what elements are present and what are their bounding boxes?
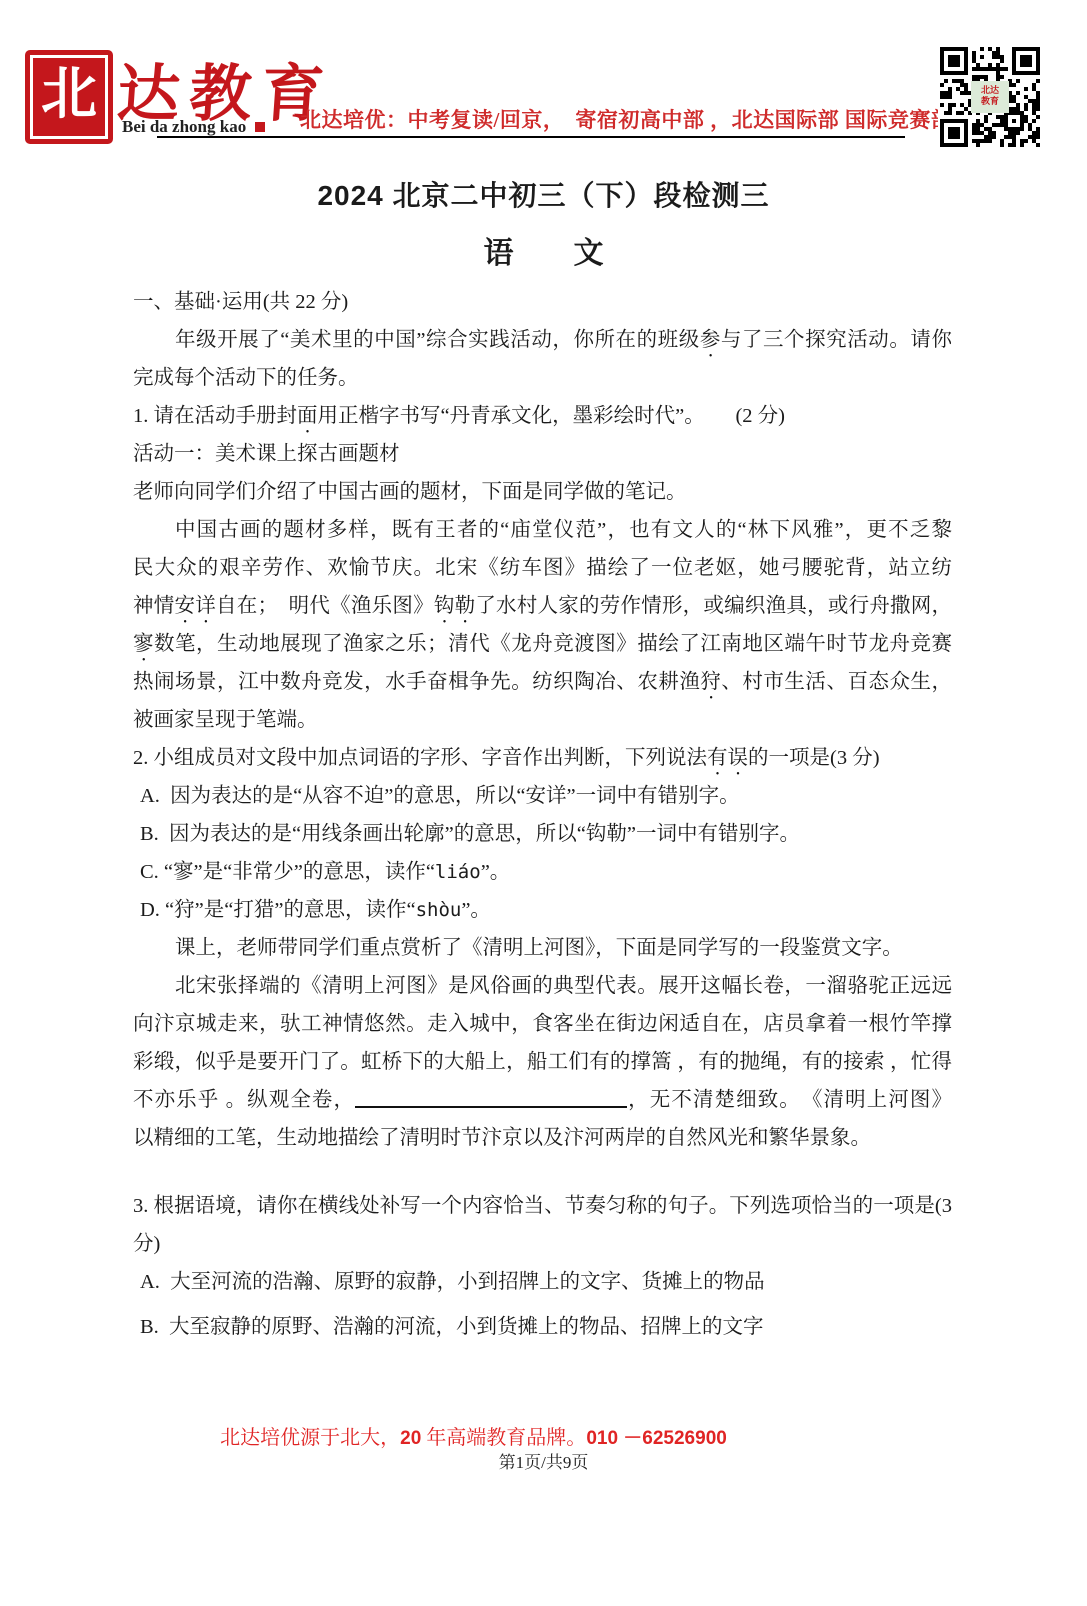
text-line: 被画家呈现于笔端。 xyxy=(133,701,952,739)
text-line: 向汴京城走来，驮工神情悠然。走入城中，食客坐在街边闲适自在，店员拿着一根竹竿撑起 xyxy=(133,1005,952,1043)
qr-label-line2: 教育 xyxy=(971,96,1009,107)
option-2c: C. “寥”是“非常少”的意思，读作“liáo”。 xyxy=(133,853,952,891)
text-segment: B. 大至寂静的原野、浩瀚的河流，小到货摊上的物品、招牌上的文字 xyxy=(140,1316,764,1338)
section-heading: 一、基础·运用(共 22 分) xyxy=(133,283,952,321)
text-line: 热闹场景，江中数舟竞发，水手奋楫争先。纺织陶冶、农耕渔狩、村市生活、百态众生，皆 xyxy=(133,663,952,701)
question-2: 2. 小组成员对文段中加点词语的字形、字音作出判断，下列说法有误的一项是(3 分… xyxy=(133,739,952,777)
text-segment: 分) xyxy=(133,1233,160,1255)
document-lines: 一、基础·运用(共 22 分)年级开展了“美术里的中国”综合实践活动，你所在的班… xyxy=(133,283,952,1346)
text-segment: 钩勒 xyxy=(434,595,475,617)
text-segment: 老师向同学们介绍了中国古画的题材，下面是同学做的笔记。 xyxy=(133,481,687,503)
text-segment: 数笔，生动地展现了渔家之乐；清代《龙舟竞渡图》描绘了江南地区端午时节龙舟竞赛的 xyxy=(133,633,952,663)
page-number: 第1页/共9页 xyxy=(0,1448,1087,1473)
text-segment: 课上，老师带同学们重点赏析了《清明上河图》，下面是同学写的一段鉴赏文字。 xyxy=(175,937,903,959)
text-segment: 完成每个活动下的任务。 xyxy=(133,367,359,389)
text-segment: 热闹场景，江中数舟竞发，水手奋楫争先。纺织陶冶、农耕渔 xyxy=(133,671,700,693)
footer-text2: 年高端教育品牌。 xyxy=(421,1427,586,1449)
text-line: 寥数笔，生动地展现了渔家之乐；清代《龙舟竞渡图》描绘了江南地区端午时节龙舟竞赛的 xyxy=(133,625,952,663)
text-segment: A. 因为表达的是“从容不迫”的意思，所以“安详”一词中有错别字。 xyxy=(140,785,740,807)
text-segment: 狩 xyxy=(700,671,721,693)
text-segment: 北宋张择端的《清明上河图》是风俗画的典型代表。展开这幅长卷，一溜骆驼正远远地 xyxy=(133,975,952,1005)
text-segment: D. “狩”是“打猎”的意思，读作“ xyxy=(140,899,416,921)
text-line: 老师向同学们介绍了中国古画的题材，下面是同学做的笔记。 xyxy=(133,473,952,511)
text-segment: ”。 xyxy=(461,899,491,921)
text-segment: 向汴京城走来，驮工神情悠然。走入城中，食客坐在街边闲适自在，店员拿着一根竹竿撑起 xyxy=(133,1013,952,1043)
text-line: 北宋张择端的《清明上河图》是风俗画的典型代表。展开这幅长卷，一溜骆驼正远远地 xyxy=(133,967,952,1005)
red-square-icon xyxy=(255,122,265,132)
option-2b: B. 因为表达的是“用线条画出轮廓”的意思，所以“钩勒”一词中有错别字。 xyxy=(133,815,952,853)
text-segment: 自在； 明代《渔乐图》 xyxy=(216,595,434,617)
brand-logo-subtext: Bei da zhong kao xyxy=(122,117,265,137)
text-segment: 年级开展了“美术里的中国”综合实践活动，你所在的班级 xyxy=(175,329,700,351)
text-line: 民大众的艰辛劳作、欢愉节庆。北宋《纺车图》描绘了一位老妪，她弓腰驼背，站立纺线， xyxy=(133,549,952,587)
text-segment: 彩缎，似乎是要开门了。虹桥下的大船上，船工们有的撑篙 ，有的抛绳，有的接索 ，忙… xyxy=(133,1051,952,1073)
answer-blank xyxy=(355,1086,627,1108)
text-segment: 安详 xyxy=(174,595,215,617)
text-segment: 的一项是(3 分) xyxy=(748,747,880,769)
text-line: 分) xyxy=(133,1225,952,1263)
activity-1-heading: 活动一：美术课上探古画题材 xyxy=(133,435,952,473)
text-segment: ，无不清楚细致。 《清明上河图》 xyxy=(627,1089,952,1111)
text-line: 课上，老师带同学们重点赏析了《清明上河图》，下面是同学写的一段鉴赏文字。 xyxy=(133,929,952,967)
footer-brand-line: 北达培优源于北大，20 年高端教育品牌。010 －62526900 xyxy=(0,1421,947,1450)
text-segment: liáo xyxy=(435,861,481,883)
text-segment: 神情 xyxy=(133,595,174,617)
qr-label-line1: 北达 xyxy=(971,85,1009,96)
text-segment: 寥 xyxy=(133,633,154,655)
text-line: 中国古画的题材多样，既有王者的“庙堂仪范”，也有文人的“林下风雅”，更不乏黎 xyxy=(133,511,952,549)
text-segment: 民大众的艰辛劳作、欢愉节庆。北宋《纺车图》描绘了一位老妪，她弓腰驼背，站立纺线， xyxy=(133,557,952,587)
text-line: 以精细的工笔，生动地描绘了清明时节汴京以及汴河两岸的自然风光和繁华景象。 xyxy=(133,1119,952,1157)
text-segment: 被画家呈现于笔端。 xyxy=(133,709,318,731)
text-segment: 3. 根据语境，请你在横线处补写一个内容恰当、节奏匀称的句子。下列选项恰当的一项… xyxy=(133,1195,952,1217)
text-line: 年级开展了“美术里的中国”综合实践活动，你所在的班级参与了三个探究活动。请你 xyxy=(133,321,952,359)
text-segment: 以精细的工笔，生动地描绘了清明时节汴京以及汴河两岸的自然风光和繁华景象。 xyxy=(133,1127,871,1149)
qr-center-label: 北达 教育 xyxy=(971,81,1009,113)
text-segment: B. 因为表达的是“用线条画出轮廓”的意思，所以“钩勒”一词中有错别字。 xyxy=(140,823,800,845)
exam-title: 2024 北京二中初三（下）段检测三 xyxy=(0,174,1087,214)
brand-logo-subtext-label: Bei da zhong kao xyxy=(122,117,246,136)
footer-phone: 010 －62526900 xyxy=(586,1428,727,1449)
text-segment: 活动一：美术课上探古画题材 xyxy=(133,443,400,465)
text-line: 完成每个活动下的任务。 xyxy=(133,359,952,397)
header-divider xyxy=(157,136,905,138)
text-segment: C. “寥”是“非常少”的意思，读作“ xyxy=(140,861,435,883)
paragraph-spacer xyxy=(133,1157,952,1187)
text-segment: shòu xyxy=(416,899,462,921)
text-segment: 用正楷字书写“丹青承文化，墨彩绘时代”。 (2 分) xyxy=(318,405,785,427)
text-line: 彩缎，似乎是要开门了。虹桥下的大船上，船工们有的撑篙 ，有的抛绳，有的接索 ，忙… xyxy=(133,1043,952,1081)
exam-page: 北 达教育 Bei da zhong kao 北达培优：中考复读/回京， 寄宿初… xyxy=(0,0,1087,1606)
option-3a: A. 大至河流的浩瀚、原野的寂静，小到招牌上的文字、货摊上的物品 xyxy=(133,1263,952,1301)
text-segment: 有误 xyxy=(707,747,748,769)
text-segment: 一、基础·运用(共 22 分) xyxy=(133,291,348,313)
option-2d: D. “狩”是“打猎”的意思，读作“shòu”。 xyxy=(133,891,952,929)
text-segment: 了水村人家的劳作情形，或编织渔具，或行舟撒网， xyxy=(475,595,952,617)
option-3b: B. 大至寂静的原野、浩瀚的河流，小到货摊上的物品、招牌上的文字 xyxy=(133,1308,952,1346)
text-segment: 参 xyxy=(700,329,721,351)
option-2a: A. 因为表达的是“从容不迫”的意思，所以“安详”一词中有错别字。 xyxy=(133,777,952,815)
text-segment: 2. 小组成员对文段中加点词语的字形、字音作出判断，下列说法 xyxy=(133,747,707,769)
question-1: 1. 请在活动手册封面用正楷字书写“丹青承文化，墨彩绘时代”。 (2 分) xyxy=(133,397,952,435)
text-segment: 面 xyxy=(297,405,318,427)
text-line: 不亦乐乎 。纵观全卷，，无不清楚细致。 《清明上河图》 xyxy=(133,1081,952,1119)
seal-character: 北 xyxy=(30,55,108,139)
text-segment: ”。 xyxy=(481,861,511,883)
text-segment: 中国古画的题材多样，既有王者的“庙堂仪范”，也有文人的“林下风雅”，更不乏黎 xyxy=(175,519,952,541)
text-line: 神情安详自在； 明代《渔乐图》钩勒了水村人家的劳作情形，或编织渔具，或行舟撒网，… xyxy=(133,587,952,625)
brand-tagline: 北达培优：中考复读/回京， 寄宿初高中部 ，北达国际部 国际竞赛部 xyxy=(300,104,952,134)
text-segment: 1. 请在活动手册封 xyxy=(133,405,297,427)
footer-years: 20 xyxy=(400,1428,421,1449)
qr-code: 北达 教育 xyxy=(938,45,1042,149)
text-segment: 与了三个探究活动。请你 xyxy=(721,329,952,351)
exam-subject: 语 文 xyxy=(0,228,1087,272)
footer-text: 北达培优源于北大， xyxy=(220,1427,400,1449)
question-3: 3. 根据语境，请你在横线处补写一个内容恰当、节奏匀称的句子。下列选项恰当的一项… xyxy=(133,1187,952,1225)
brand-seal-logo: 北 xyxy=(25,50,113,144)
text-segment: 不亦乐乎 。纵观全卷， xyxy=(133,1089,355,1111)
text-segment: A. 大至河流的浩瀚、原野的寂静，小到招牌上的文字、货摊上的物品 xyxy=(140,1271,765,1293)
